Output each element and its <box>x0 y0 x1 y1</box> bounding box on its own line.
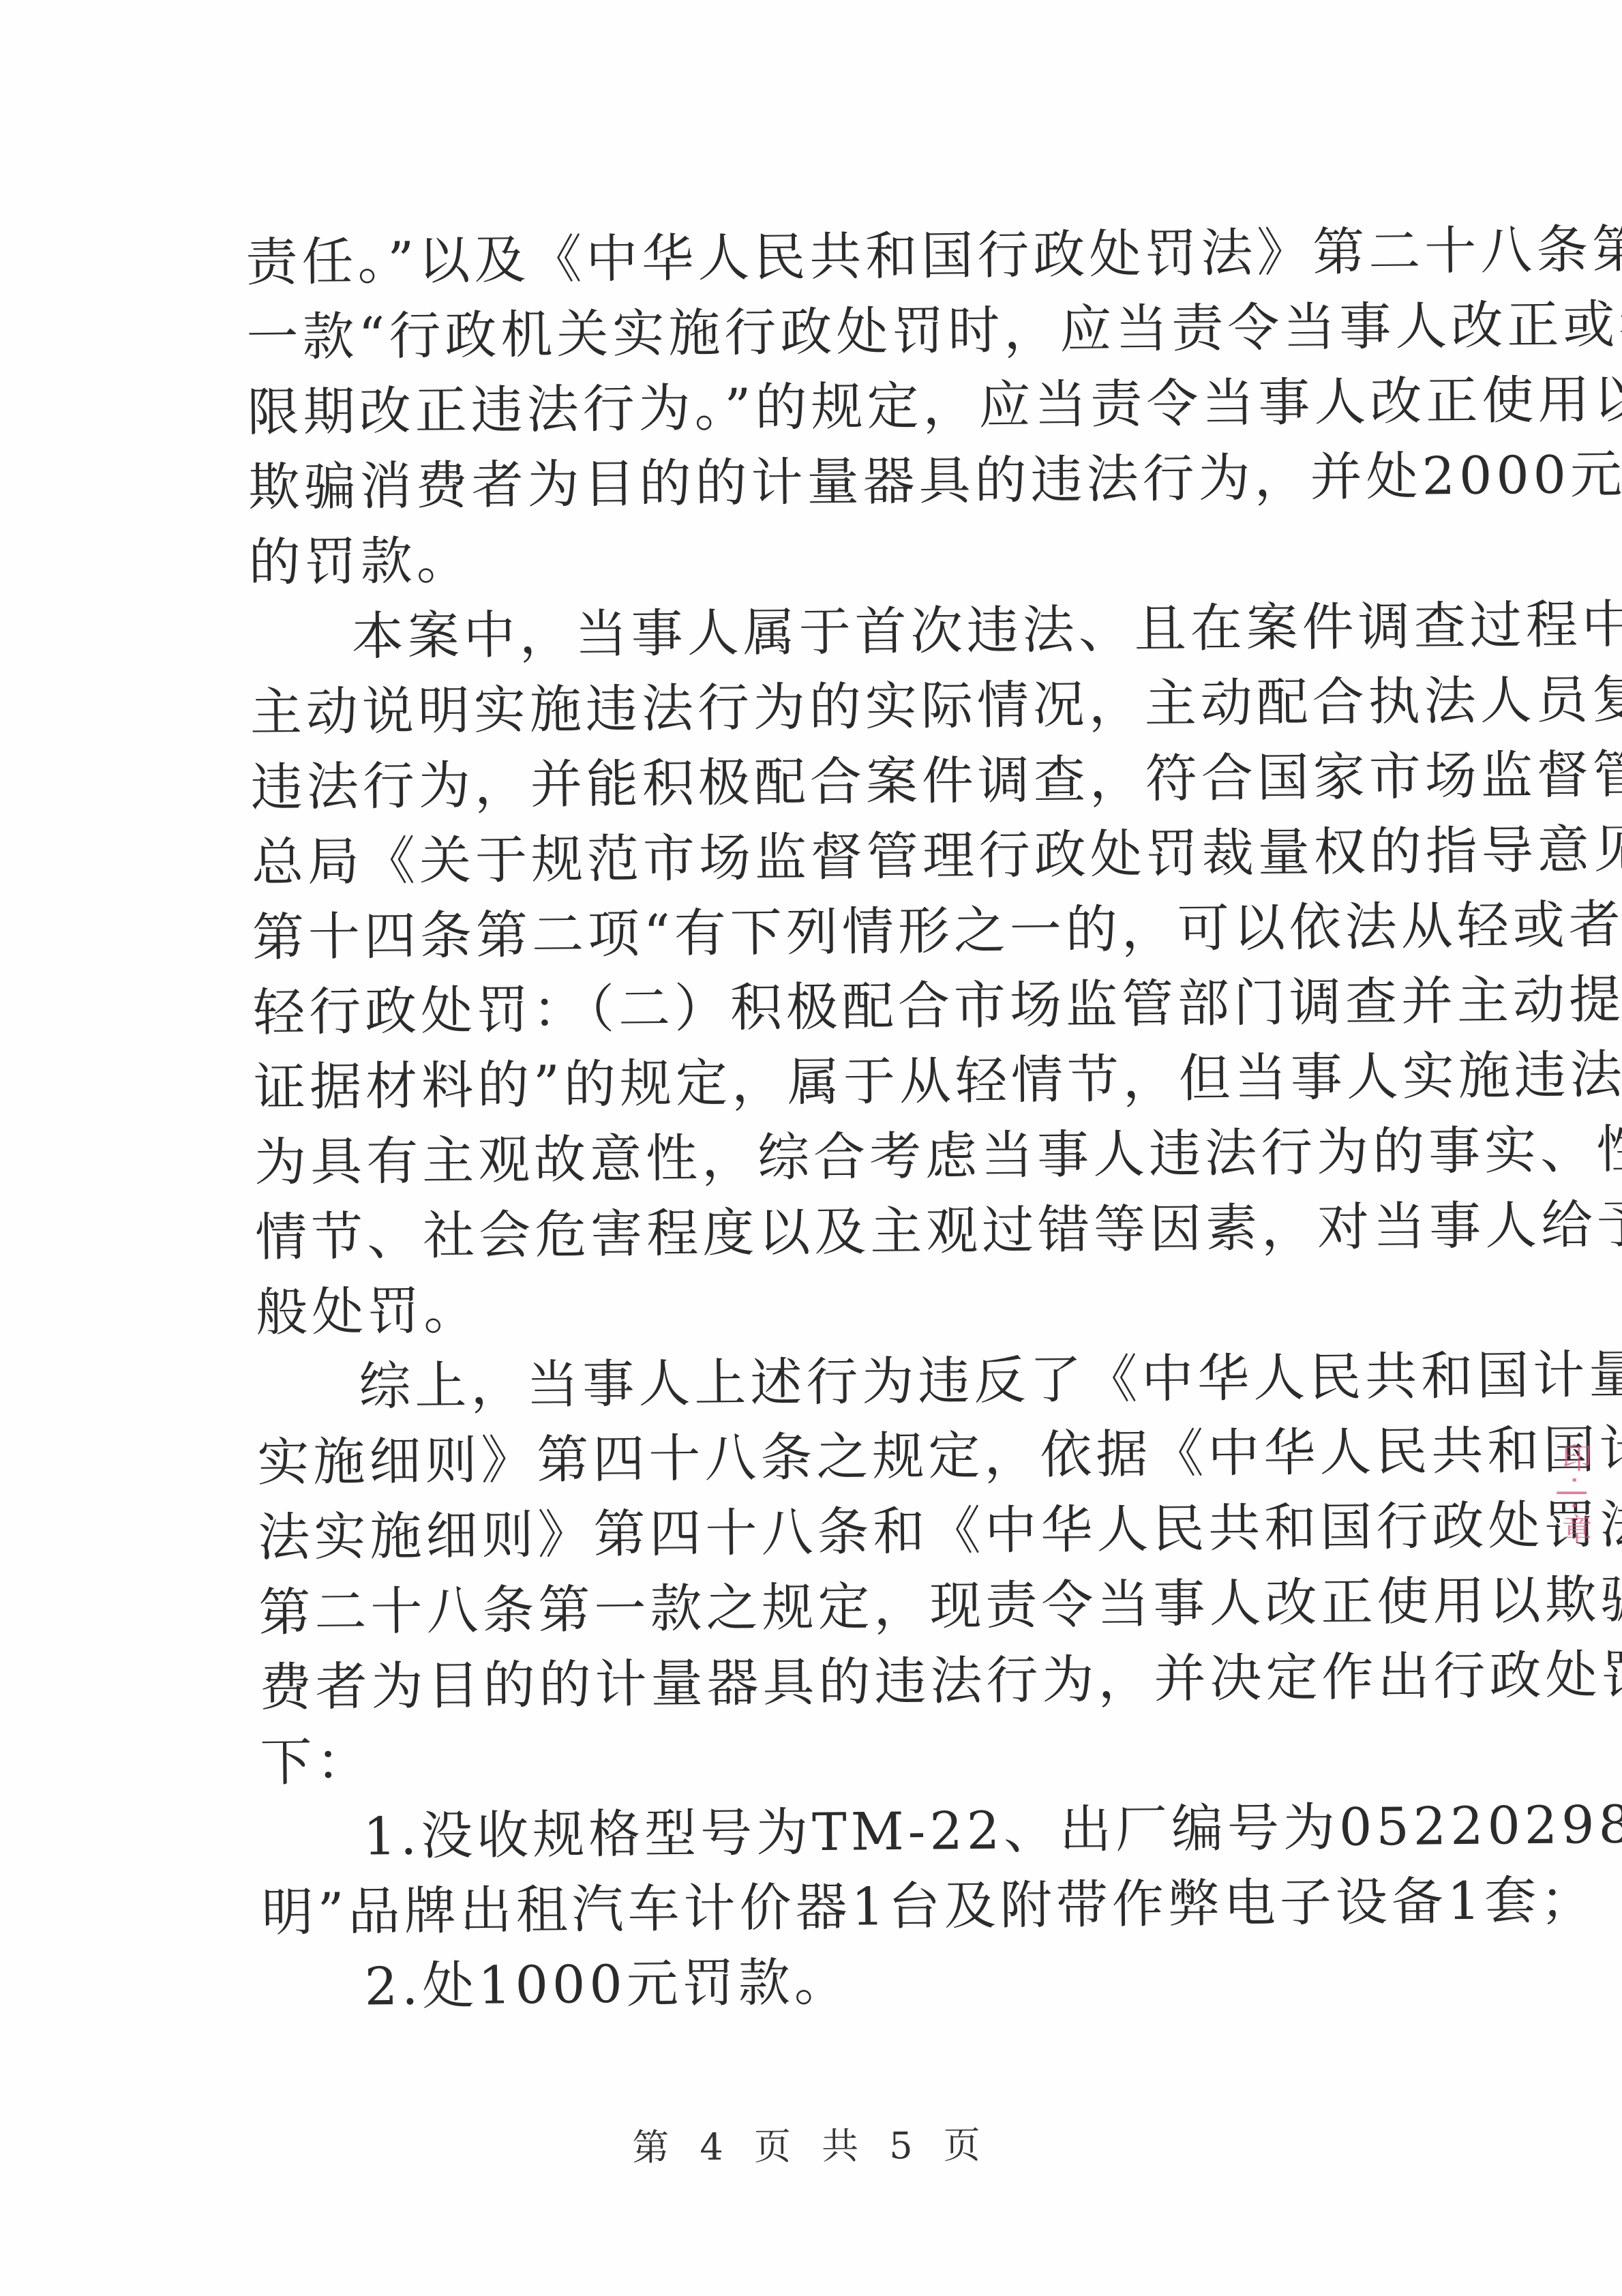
text-line: 为具有主观故意性，综合考虑当事人违法行为的事实、性质、 <box>254 1114 1387 1200</box>
text-line: 法实施细则》第四十八条和《中华人民共和国行政处罚法》 <box>258 1489 1390 1575</box>
document-body: 责任。”以及《中华人民共和国行政处罚法》第二十八条第 一款“行政机关实施行政处罚… <box>245 214 1394 2025</box>
page-number-footer: 第 4 页 共 5 页 <box>0 2112 1622 2176</box>
text-line: 总局《关于规范市场监督管理行政处罚裁量权的指导意见》 <box>251 814 1383 900</box>
penalty-item-1-cont: 明”品牌出租汽车计价器1台及附带作弊电子设备1套； <box>261 1864 1394 1950</box>
text-line: 情节、社会危害程度以及主观过错等因素，对当事人给予一 <box>255 1189 1387 1275</box>
text-line: 主动说明实施违法行为的实际情况，主动配合执法人员复现 <box>250 664 1382 750</box>
text-line: 下： <box>260 1714 1392 1800</box>
text-line: 一款“行政机关实施行政处罚时，应当责令当事人改正或者 <box>246 289 1379 375</box>
text-line: 综上，当事人上述行为违反了《中华人民共和国计量法 <box>256 1339 1389 1425</box>
penalty-item-2: 2.处1000元罚款。 <box>262 1939 1394 2025</box>
text-line: 责任。”以及《中华人民共和国行政处罚法》第二十八条第 <box>245 214 1378 300</box>
text-line: 般处罚。 <box>256 1264 1388 1350</box>
text-line: 欺骗消费者为目的的计量器具的违法行为，并处2000元以下 <box>247 439 1380 525</box>
text-line: 限期改正违法行为。”的规定，应当责令当事人改正使用以 <box>247 364 1379 450</box>
text-line: 轻行政处罚：（二）积极配合市场监管部门调查并主动提供 <box>253 964 1385 1050</box>
text-line: 本案中，当事人属于首次违法、且在案件调查过程中能 <box>249 589 1381 675</box>
text-line: 违法行为，并能积极配合案件调查，符合国家市场监督管理 <box>250 739 1383 825</box>
text-line: 费者为目的的计量器具的违法行为，并决定作出行政处罚如 <box>259 1639 1392 1725</box>
text-line: 证据材料的”的规定，属于从轻情节，但当事人实施违法行 <box>254 1039 1386 1125</box>
text-line: 第二十八条第一款之规定，现责令当事人改正使用以欺骗消 <box>258 1564 1391 1650</box>
text-line: 第十四条第二项“有下列情形之一的，可以依法从轻或者减 <box>252 889 1385 975</box>
seal-stamp-fragment: 印 · | · 章 <box>1568 1442 1595 1660</box>
text-line: 的罚款。 <box>248 514 1381 600</box>
document-page: 责任。”以及《中华人民共和国行政处罚法》第二十八条第 一款“行政机关实施行政处罚… <box>0 0 1622 2296</box>
penalty-item-1: 1.没收规格型号为TM-22、出厂编号为0522029834的“锐 <box>260 1789 1393 1875</box>
text-line: 实施细则》第四十八条之规定，依据《中华人民共和国计量 <box>257 1414 1390 1500</box>
